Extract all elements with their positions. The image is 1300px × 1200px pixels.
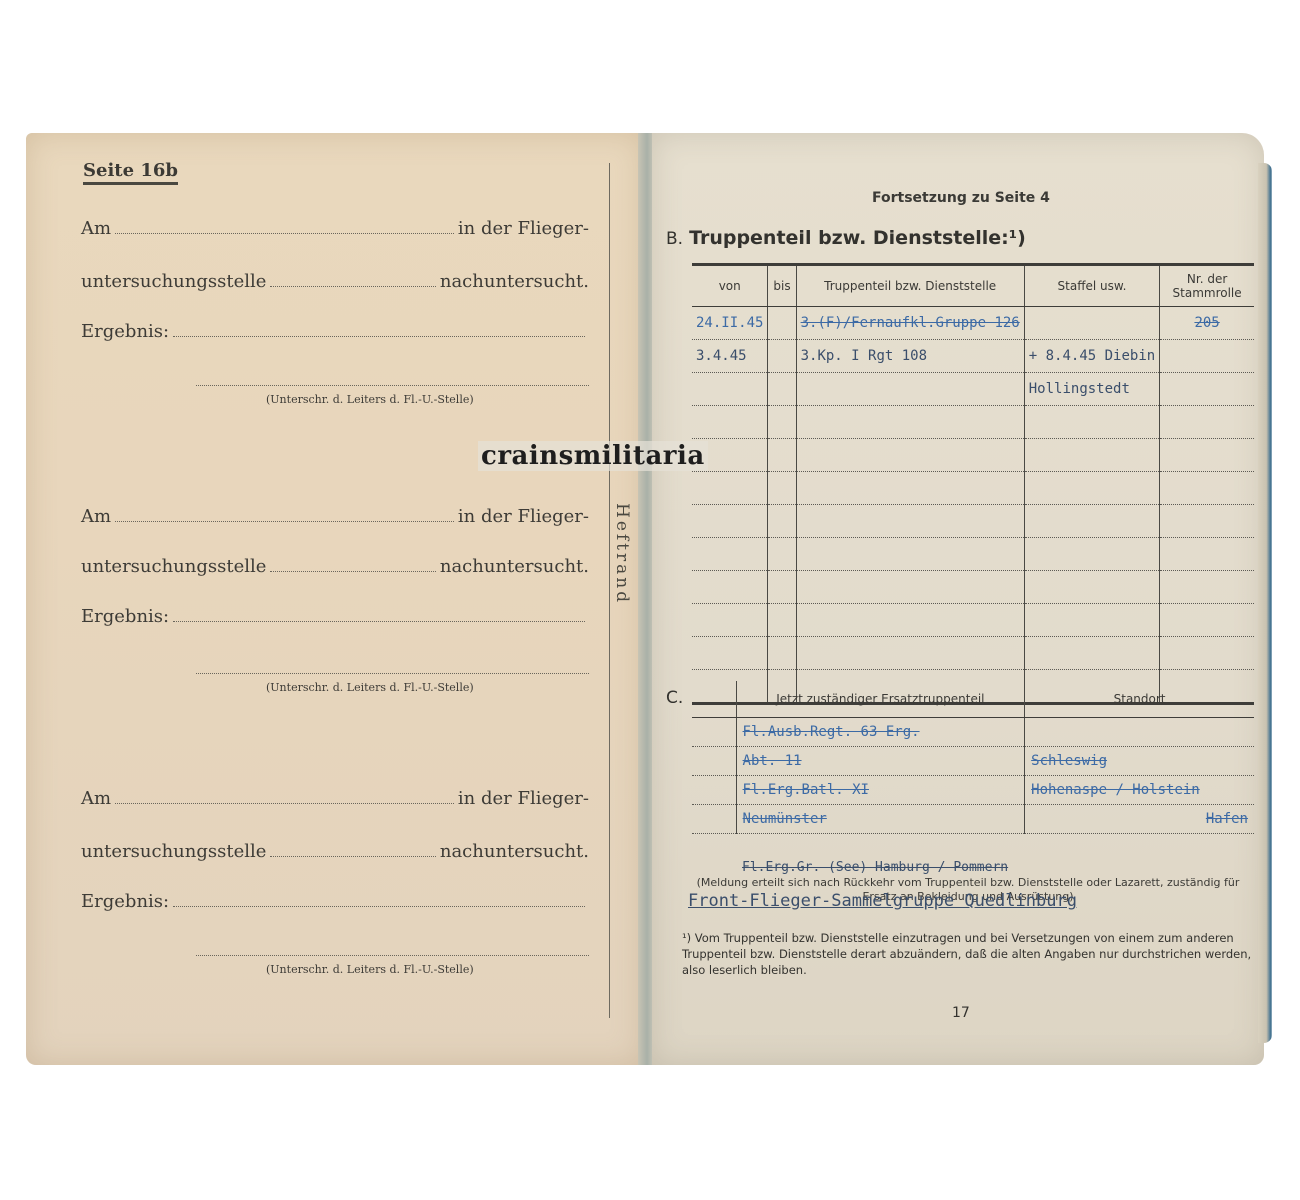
in-der-label: in der Flieger- xyxy=(458,788,589,809)
blank-cell xyxy=(692,747,736,776)
truppenteil-cell xyxy=(796,637,1024,670)
table-row: Fl.Ausb.Regt. 63 Erg. xyxy=(692,718,1254,747)
von-cell xyxy=(692,538,768,571)
staffel-cell xyxy=(1024,538,1159,571)
bis-cell xyxy=(768,505,796,538)
truppenteil-cell xyxy=(796,373,1024,406)
staffel-cell: Hollingstedt xyxy=(1024,373,1159,406)
in-der-label: in der Flieger- xyxy=(458,506,589,527)
staffel-cell xyxy=(1024,439,1159,472)
bis-cell xyxy=(768,307,796,340)
truppenteil-cell xyxy=(796,505,1024,538)
bis-cell xyxy=(768,340,796,373)
table-row: Hollingstedt xyxy=(692,373,1254,406)
unit-history-table: von bis Truppenteil bzw. Dienststelle St… xyxy=(692,263,1254,705)
stammrolle-cell xyxy=(1160,340,1254,373)
table-row: Fl.Erg.Batl. XIHohenaspe / Holstein xyxy=(692,776,1254,805)
exam-block-1: Amin der Flieger- untersuchungsstellenac… xyxy=(26,213,609,413)
bis-cell xyxy=(768,439,796,472)
standort-cell: Schleswig xyxy=(1025,747,1254,776)
stammrolle-cell xyxy=(1160,439,1254,472)
staffel-cell xyxy=(1024,505,1159,538)
binding-margin-label: Heftrand xyxy=(610,503,632,605)
book-cover-edge xyxy=(1258,163,1272,1043)
continuation-heading: Fortsetzung zu Seite 4 xyxy=(872,190,1050,206)
am-label: Am xyxy=(81,788,111,809)
col-ersatztruppenteil: Jetzt zuständiger Ersatztruppenteil xyxy=(736,681,1025,718)
date-field[interactable] xyxy=(115,521,454,522)
bis-cell xyxy=(768,406,796,439)
stammrolle-cell xyxy=(1160,472,1254,505)
staffel-cell xyxy=(1024,571,1159,604)
ergebnis-label: Ergebnis: xyxy=(81,606,169,627)
handwritten-unit-entry: Front-Flieger-Sammelgruppe Quedlinburg xyxy=(688,891,1077,911)
table-row xyxy=(692,637,1254,670)
table-row xyxy=(692,439,1254,472)
col-von: von xyxy=(692,265,768,307)
location-field[interactable] xyxy=(270,286,435,287)
table-row: 24.II.45 3.(F)/Fernaufkl.Gruppe 126 205 xyxy=(692,307,1254,340)
ergebnis-label: Ergebnis: xyxy=(81,891,169,912)
truppenteil-cell: 3.(F)/Fernaufkl.Gruppe 126 xyxy=(796,307,1024,340)
truppenteil-cell xyxy=(796,439,1024,472)
table-row xyxy=(692,472,1254,505)
von-cell xyxy=(692,406,768,439)
section-b-heading: B.Truppenteil bzw. Dienststelle:¹) xyxy=(666,227,1026,249)
bis-cell xyxy=(768,538,796,571)
ergebnis-label: Ergebnis: xyxy=(81,321,169,342)
exam-block-2: Amin der Flieger- untersuchungsstellenac… xyxy=(26,501,609,701)
table-row xyxy=(692,505,1254,538)
signature-line[interactable] xyxy=(196,385,589,386)
ersatz-cell: Fl.Ausb.Regt. 63 Erg. xyxy=(736,718,1025,747)
col-staffel: Staffel usw. xyxy=(1024,265,1159,307)
stammrolle-cell xyxy=(1160,538,1254,571)
blank-cell xyxy=(692,805,736,834)
bis-cell xyxy=(768,637,796,670)
section-b-title: Truppenteil bzw. Dienststelle:¹) xyxy=(689,227,1026,249)
table-row xyxy=(692,406,1254,439)
von-cell: 3.4.45 xyxy=(692,340,768,373)
table-row xyxy=(692,538,1254,571)
result-field[interactable] xyxy=(173,336,585,337)
truppenteil-cell xyxy=(796,604,1024,637)
am-label: Am xyxy=(81,218,111,239)
location-field[interactable] xyxy=(270,571,435,572)
col-blank xyxy=(692,681,736,718)
left-page: Seite 16b Amin der Flieger- untersuchung… xyxy=(26,133,642,1065)
stelle-label: untersuchungsstelle xyxy=(81,556,266,577)
handwritten-extra-entry: Fl.Erg.Gr. (See) Hamburg / Pommern xyxy=(742,860,1008,875)
von-cell xyxy=(692,505,768,538)
stammrolle-cell xyxy=(1160,406,1254,439)
col-standort: Standort xyxy=(1025,681,1254,718)
date-field[interactable] xyxy=(115,803,454,804)
nachuntersucht-label: nachuntersucht. xyxy=(440,841,589,862)
result-field[interactable] xyxy=(173,621,585,622)
signature-caption: (Unterschr. d. Leiters d. Fl.-U.-Stelle) xyxy=(266,393,474,406)
truppenteil-cell xyxy=(796,538,1024,571)
staffel-cell: + 8.4.45 Diebin xyxy=(1024,340,1159,373)
footnote: ¹) Vom Truppenteil bzw. Dienststelle ein… xyxy=(682,930,1252,978)
standort-cell: Hafen xyxy=(1025,805,1254,834)
right-page: Fortsetzung zu Seite 4 B.Truppenteil bzw… xyxy=(652,133,1264,1065)
open-soldbuch: Seite 16b Amin der Flieger- untersuchung… xyxy=(26,133,1274,1068)
standort-cell xyxy=(1025,718,1254,747)
bis-cell xyxy=(768,604,796,637)
staffel-cell xyxy=(1024,307,1159,340)
signature-line[interactable] xyxy=(196,955,589,956)
nachuntersucht-label: nachuntersucht. xyxy=(440,271,589,292)
ersatz-cell: Abt. 11 xyxy=(736,747,1025,776)
result-field[interactable] xyxy=(173,906,585,907)
stelle-label: untersuchungsstelle xyxy=(81,271,266,292)
col-stammrolle: Nr. der Stammrolle xyxy=(1160,265,1254,307)
von-cell xyxy=(692,571,768,604)
von-cell xyxy=(692,637,768,670)
signature-caption: (Unterschr. d. Leiters d. Fl.-U.-Stelle) xyxy=(266,963,474,976)
table-row: NeumünsterHafen xyxy=(692,805,1254,834)
blank-cell xyxy=(692,718,736,747)
col-bis: bis xyxy=(768,265,796,307)
bis-cell xyxy=(768,571,796,604)
bis-cell xyxy=(768,373,796,406)
ersatz-cell: Neumünster xyxy=(736,805,1025,834)
staffel-cell xyxy=(1024,472,1159,505)
table-row: Abt. 11Schleswig xyxy=(692,747,1254,776)
replacement-unit-table: Jetzt zuständiger Ersatztruppenteil Stan… xyxy=(692,681,1254,834)
von-cell xyxy=(692,373,768,406)
am-label: Am xyxy=(81,506,111,527)
nachuntersucht-label: nachuntersucht. xyxy=(440,556,589,577)
date-field[interactable] xyxy=(115,233,454,234)
truppenteil-cell xyxy=(796,472,1024,505)
section-c-label: C. xyxy=(666,688,683,708)
staffel-cell xyxy=(1024,637,1159,670)
stammrolle-cell xyxy=(1160,637,1254,670)
von-cell xyxy=(692,472,768,505)
table-row xyxy=(692,571,1254,604)
signature-line[interactable] xyxy=(196,673,589,674)
truppenteil-cell xyxy=(796,406,1024,439)
page-title: Seite 16b xyxy=(83,160,178,185)
in-der-label: in der Flieger- xyxy=(458,218,589,239)
stammrolle-cell xyxy=(1160,571,1254,604)
blank-cell xyxy=(692,776,736,805)
page-number: 17 xyxy=(952,1005,970,1021)
stelle-label: untersuchungsstelle xyxy=(81,841,266,862)
von-cell xyxy=(692,604,768,637)
col-truppenteil: Truppenteil bzw. Dienststelle xyxy=(796,265,1024,307)
standort-cell: Hohenaspe / Holstein xyxy=(1025,776,1254,805)
staffel-cell xyxy=(1024,406,1159,439)
section-b-label: B. xyxy=(666,229,683,249)
stammrolle-cell xyxy=(1160,373,1254,406)
location-field[interactable] xyxy=(270,856,435,857)
table-row xyxy=(692,604,1254,637)
watermark: crainsmilitaria xyxy=(478,441,708,471)
exam-block-3: Amin der Flieger- untersuchungsstellenac… xyxy=(26,783,609,983)
truppenteil-cell: 3.Kp. I Rgt 108 xyxy=(796,340,1024,373)
von-cell: 24.II.45 xyxy=(692,307,768,340)
ersatz-cell: Fl.Erg.Batl. XI xyxy=(736,776,1025,805)
staffel-cell xyxy=(1024,604,1159,637)
bis-cell xyxy=(768,472,796,505)
stammrolle-cell: 205 xyxy=(1160,307,1254,340)
stammrolle-cell xyxy=(1160,505,1254,538)
stammrolle-cell xyxy=(1160,604,1254,637)
table-row: 3.4.45 3.Kp. I Rgt 108 + 8.4.45 Diebin xyxy=(692,340,1254,373)
signature-caption: (Unterschr. d. Leiters d. Fl.-U.-Stelle) xyxy=(266,681,474,694)
truppenteil-cell xyxy=(796,571,1024,604)
